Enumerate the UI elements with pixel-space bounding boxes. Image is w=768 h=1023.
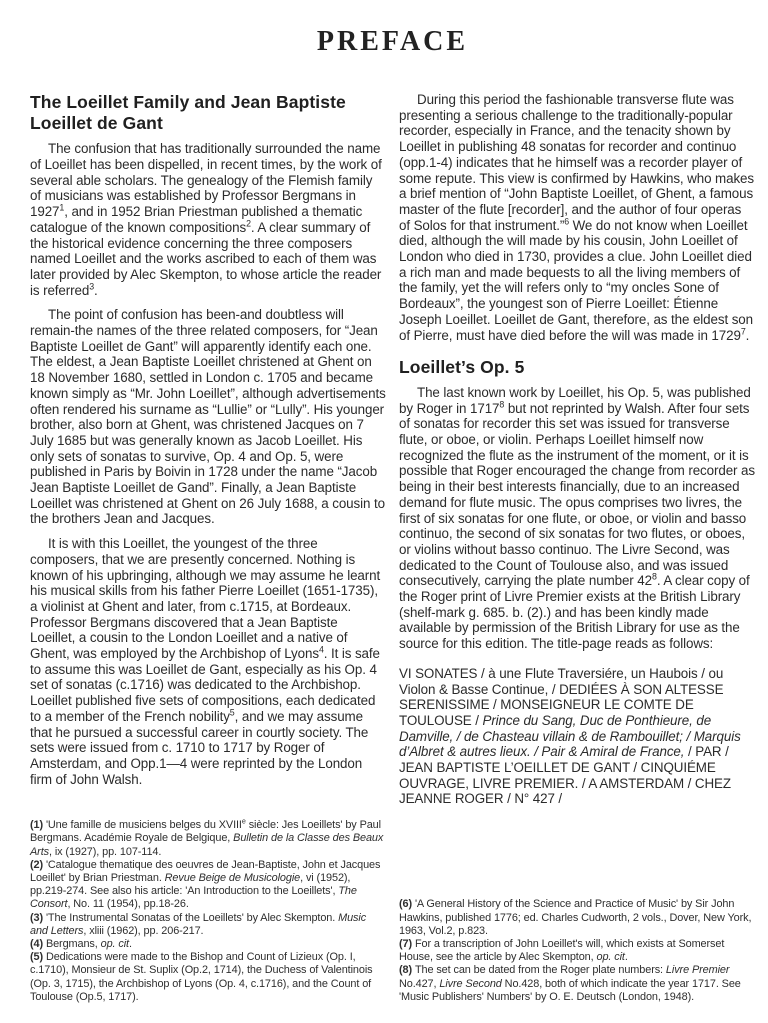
title-page-quotation: VI SONATES / à une Flute Traversiére, un…	[399, 666, 755, 807]
footnotes-right: (6) 'A General History of the Science an…	[399, 898, 755, 1004]
section-heading-loeillet-family: The Loeillet Family and Jean Baptiste Lo…	[30, 92, 386, 133]
footnote-5: (5) Dedications were made to the Bishop …	[30, 951, 386, 1004]
paragraph: The last known work by Loeillet, his Op.…	[399, 385, 755, 652]
section-heading-op5: Loeillet’s Op. 5	[399, 357, 755, 378]
paragraph: During this period the fashionable trans…	[399, 92, 755, 343]
paragraph: The confusion that has traditionally sur…	[30, 141, 386, 298]
preface-page: PREFACE The Loeillet Family and Jean Bap…	[0, 0, 768, 1023]
two-column-layout: The Loeillet Family and Jean Baptiste Lo…	[30, 92, 755, 1004]
footnote-8: (8) The set can be dated from the Roger …	[399, 964, 755, 1004]
footnote-6: (6) 'A General History of the Science an…	[399, 898, 755, 938]
footnotes-left: (1) 'Une famille de musiciens belges du …	[30, 819, 386, 1004]
right-column: During this period the fashionable trans…	[399, 92, 755, 1004]
footnote-1: (1) 'Une famille de musiciens belges du …	[30, 819, 386, 859]
page-title: PREFACE	[30, 26, 755, 58]
footnote-7: (7) For a transcription of John Loeillet…	[399, 938, 755, 964]
paragraph: The point of confusion has been-and doub…	[30, 307, 386, 527]
footnote-4: (4) Bergmans, op. cit.	[30, 938, 386, 951]
left-column: The Loeillet Family and Jean Baptiste Lo…	[30, 92, 386, 1004]
paragraph: It is with this Loeillet, the youngest o…	[30, 536, 386, 787]
footnote-3: (3) 'The Instrumental Sonatas of the Loe…	[30, 912, 386, 938]
footnote-2: (2) 'Catalogue thematique des oeuvres de…	[30, 859, 386, 912]
